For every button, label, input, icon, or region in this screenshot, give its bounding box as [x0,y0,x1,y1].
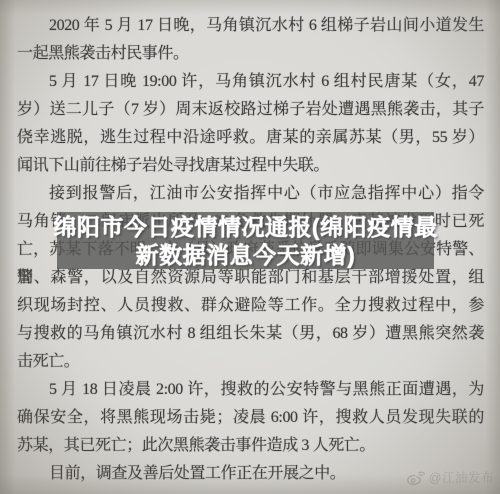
title-overlay: 绵阳市今日疫情情况通报(绵阳疫情最 新数据消息今天新增) [57,212,434,269]
text-line: 5 月 18 日凌晨 2:00 许，搜救的公安特警与黑熊正面遭遇，为 [17,376,484,404]
text-line: 与搜救的马角镇沉水村 8 组组长朱某（男，68 岁）遭黑熊突然袭 [17,320,484,348]
text-line: 苏某，其已死亡；此次黑熊袭击事件造成 3 人死亡。 [17,432,484,460]
text-line: 5 月 17 日晚 19:00 许，马角镇沉水村 6 组村民唐某（女，47 [17,68,484,96]
text-line: 接到报警后，江油市公安指挥中心（市应急指挥中心）指令 [17,180,484,208]
text-line: 侥幸逃脱，逃生过程中沿途呼救。唐某的亲属苏某（男，55 岁） [17,124,484,152]
text-line: 织现场封控、人员搜救、群众避险等工作。全力搜救过程中，参 [17,292,484,320]
text-line: 岁）送二儿子（7 岁）周末返校路过梯子岩处遭遇黑熊袭击，其子 [17,96,484,124]
weibo-icon [406,469,426,486]
watermark-text: @江油发布 [429,468,494,486]
text-line: 一起黑熊袭击村民事件。 [17,40,484,68]
text-line: 闻讯下山前往梯子岩处寻找唐某过程中失联。 [17,152,484,180]
weibo-watermark: @江油发布 [406,468,494,486]
text-line: 2020 年 5 月 17 日晚，马角镇沉水村 6 组梯子岩山间小道发生 [17,12,484,40]
document-page: 2020 年 5 月 17 日晚，马角镇沉水村 6 组梯子岩山间小道发生一起黑熊… [0,0,500,494]
overlay-title-line-2: 新数据消息今天新增) [136,241,356,269]
text-line: 确保安全，将黑熊现场击毙；凌晨 6:00 许，搜救人员发现失联的 [17,404,484,432]
text-line: 击死亡。 [17,348,484,376]
overlay-title-line-1: 绵阳市今日疫情情况通报(绵阳疫情最 [53,213,437,241]
